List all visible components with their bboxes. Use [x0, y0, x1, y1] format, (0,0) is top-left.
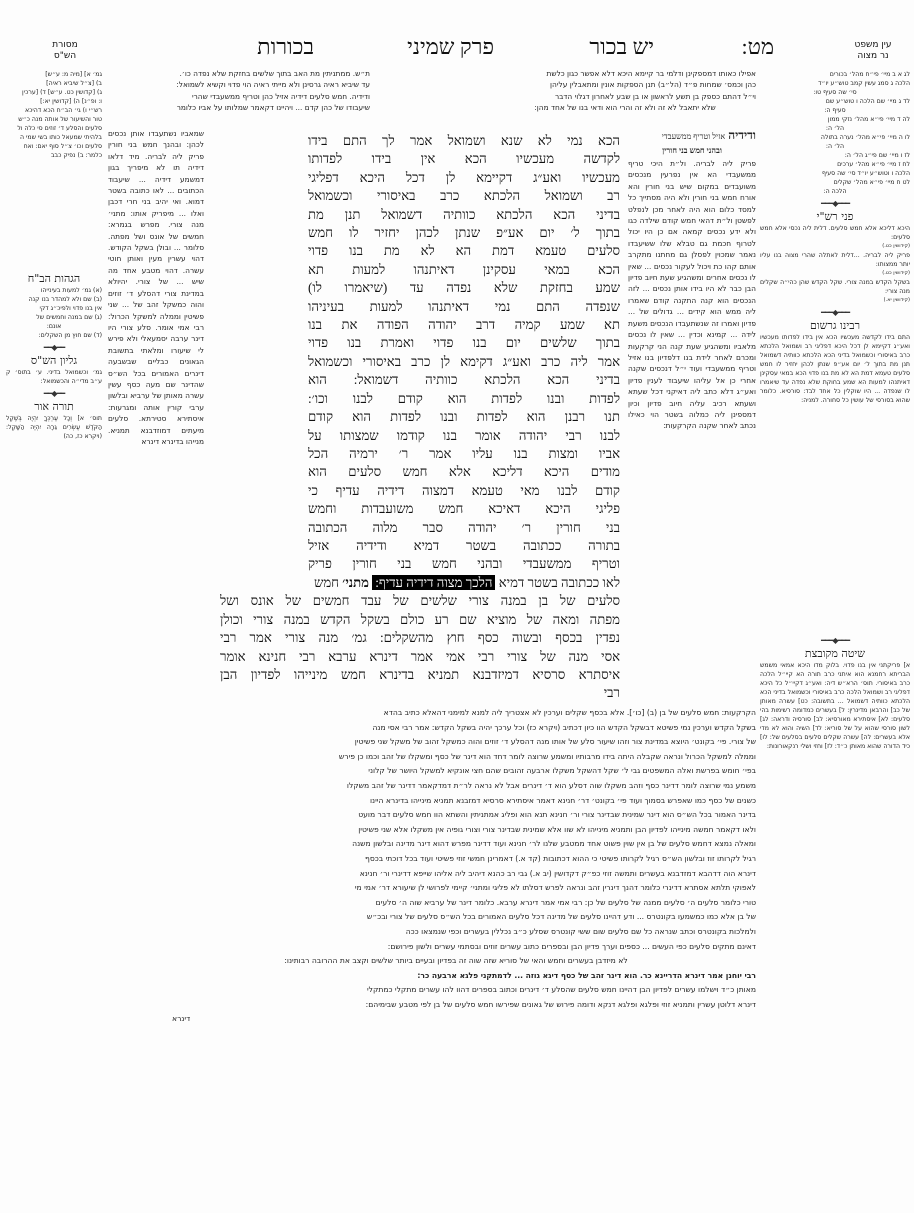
- gemara-line: סלעים של בן במנה צורי שלשים של עבד חמשים…: [220, 592, 620, 610]
- rabbeinu-gershom-text: התם בידו לקדשה מעכשיו הכא אין בידו לפדות…: [760, 333, 910, 633]
- rashi-dibur-hamatchil: ודידיה אזיל וטריף ממשעבדי ובהני חמש בני …: [628, 128, 756, 158]
- ein-mishpat-title: עין משפט נר מצוה: [838, 40, 908, 62]
- hagahot-line: (ד) שם חוץ מן השקלים:: [6, 331, 102, 340]
- tosafot-bottom-line: דינרא הוה דדהבא דמזדבנא בעשרים ותמשה זוז…: [156, 867, 756, 882]
- ein-mishpat-line: סי׳ שה סעיף טו:: [760, 88, 910, 97]
- pnei-rashi: היכא דליכא אלא חמש סלעים. דלית ליה נכסי …: [760, 224, 910, 305]
- tosafot-line: שיעבודו של כהן קדם ... ויהיינו דקאמר שמל…: [108, 102, 370, 113]
- mishnah-marker: מתני׳: [342, 575, 369, 590]
- masoret-title-line: מסורת: [45, 40, 85, 51]
- ein-mishpat-line: לד ג מיי׳ שם הלכה ו טוש״ע שם: [760, 97, 910, 106]
- masoret-line: סלעים והסלע ד׳ זוזים סי כלה ול: [6, 124, 102, 133]
- page-header: עין משפט נר מצוה מט: יש בכור פרק שמיני ב…: [0, 34, 914, 64]
- ein-mishpat-line: לח ז מיי׳ פי״א מהל׳ ערכים: [760, 160, 910, 169]
- pnei-rashi-source: (קידושין כט.): [760, 242, 910, 251]
- rashi-top: אפילו כאותו דמספקינן ודלמי בר קיימא היכא…: [494, 68, 756, 128]
- ornament-divider: ━━━◆━━━: [760, 199, 910, 208]
- rashi-heading-2: ובהני חמש בני חורין: [628, 144, 756, 158]
- hagahot-line: (ג) שם במנה וחמשים של: [6, 313, 102, 322]
- tosafot-bottom-line: רגיל לקרותו זוז ובלשון הש״ס רגיל לקרותו …: [156, 852, 756, 867]
- gemara-line: בתוך שלשים יום בנו פדוי ואמרת בנו פדוי: [308, 334, 620, 352]
- gemara-line: תא שמע קמיה דרב יהודה הפודה את בנו: [308, 316, 620, 334]
- rashi-body: פריק ליה לבריה. ול״ת היכי טריף ממשעבדי ה…: [628, 158, 756, 432]
- gemara-line: בדיני הכא הלכתא כוותיה דשמואל: הוא: [308, 371, 620, 389]
- ein-mishpat-line: הל׳ ה:: [760, 142, 910, 151]
- tosafot-column: שמאביו נשתעבדו אותן נכסים לכהן: ובהנך חמ…: [108, 128, 204, 573]
- hagahot-line: (א) גמ׳ למעות בעינייהו: [6, 286, 102, 295]
- highlighted-phrase[interactable]: הלכך מצוה דידיה עדיף:: [372, 575, 495, 590]
- tosafot-bottom: הקרקעות: חמש סלעים של בן (ב) [כו׳]. אלא …: [156, 706, 756, 1076]
- rashi-column-continued: [628, 574, 756, 704]
- gemara-line: הכא נמי לא שנא ושמואל אמר לך התם בידו: [308, 132, 620, 150]
- perek-label: פרק שמיני: [407, 34, 494, 60]
- right-margin-column: לג א ב מיי׳ פי״ח מהל׳ בכורים הלכה ג סמג …: [760, 70, 910, 1060]
- hagahot-habach-title: הגהות הב"ח: [6, 274, 102, 283]
- gemara-line: בדיני הכא הלכתא כוותיה דשמואל תנן מת: [308, 206, 620, 224]
- rashi-heading: ודידיה: [728, 128, 756, 142]
- torah-or-title: תורה אור: [6, 402, 102, 411]
- torah-or-text: תוס׳ א] וְכָל עֶרְכְּךָ יִהְיֶה בְּשֶׁקֶ…: [6, 414, 102, 441]
- ornament-divider: ━━◆━━: [6, 343, 102, 352]
- ein-mishpat-line: סעיף ה:: [760, 106, 910, 115]
- shita-mekubetzet-text: א] פריקתני אין בנו פדוי. בלוק מדו היכא א…: [760, 661, 910, 1041]
- tosafot-line: ודידיה. חמש סלעים דידיה אזיל כהן וטריף מ…: [108, 91, 370, 102]
- masoret-line: בלהיתי שמעאל כותו בשי שמי ה: [6, 133, 102, 142]
- pnei-rashi-entry: פריק ליה לבריה. ...דלית לאתלה שהרי מצוה …: [760, 251, 910, 269]
- rashi-heading-cont: אזיל וטריף ממשעבדי: [662, 132, 725, 141]
- hagahot-line: (ב) שם ולא למהדר בנו קנה: [6, 295, 102, 304]
- ein-mishpat-line: לו ה מיי׳ פי״א מהל׳ נערה בתולה: [760, 133, 910, 142]
- pnei-rashi-source: (קידושין יא.): [760, 296, 910, 305]
- ner-mitzvah-title-line: נר מצוה: [838, 51, 908, 62]
- talmud-page: עין משפט נר מצוה מט: יש בכור פרק שמיני ב…: [0, 0, 914, 1213]
- gemara-line: אביו ומצות בנו עליו אמר ר׳ ירמיה הכל: [308, 445, 620, 463]
- ein-mishpat-line: לג א ב מיי׳ פי״ח מהל׳ בכורים: [760, 70, 910, 79]
- gemara-text: לאו ככתובה בשטר דמיא: [499, 575, 620, 590]
- gemara-line: מעכשיו ואע״ג דקיימא לן דכל היכא דפליגי: [308, 169, 620, 187]
- gemara-line: וטריף ממשעבדי ובהני חמש בני חורין פריק: [308, 555, 620, 572]
- ein-mishpat-line: לז ו מיי׳ שם פי״ג הל׳ ה:: [760, 151, 910, 160]
- tosafot-bottom-line: של צורי. פי׳ בקונט׳ היוצא במדינת צור וזה…: [156, 735, 756, 750]
- gemara-line: איסתרא סרסיא דמיזדבנא תמניא בדינרא חמש מ…: [220, 666, 620, 684]
- tosafot-bottom-line: טורי כלומר סלעים ה׳ סלעים ממנה של סלעים …: [156, 896, 756, 911]
- tosafot-body: שמאביו נשתעבדו אותן נכסים לכהן: ובהנך חמ…: [108, 128, 204, 447]
- masoret-line: טור והשיעור של אותה מנה כ״ש: [6, 115, 102, 124]
- tosafot-bottom-line: דאינם מתקים סלעים כפי העשים ... כספים וע…: [156, 940, 756, 955]
- masoret-line: ג) [קדושין כט. ע״ש] ד) [ערכין: [6, 88, 102, 97]
- tosafot-bottom-line: ומאלה נמצא דחמש סלעים של בן אין שוין פשו…: [156, 837, 756, 852]
- tosafot-bottom-line: משמע נמי שרוצה לומר דדינר כסף וזהב משקלו…: [156, 779, 756, 794]
- ornament-divider: ━━━◆━━━: [760, 636, 910, 645]
- ornament-divider: ━━━◆━━━: [760, 308, 910, 317]
- gemara-highlight-line: לאו ככתובה בשטר דמיא הלכך מצוה דידיה עדי…: [220, 574, 620, 592]
- ein-mishpat-title-line: עין משפט: [838, 40, 908, 51]
- tosafot-top: ת״ש. ממתניתין מת האב בתוך שלשים בחזקת של…: [108, 68, 370, 128]
- gemara-line: נפדין בכסף ובשוה כסף חוץ מהשקלים: גמ׳ מנ…: [220, 629, 620, 647]
- masoret-hashas-title: מסורת הש"ס: [45, 40, 85, 62]
- pnei-rashi-entry: היכא דליכא אלא חמש סלעים. דלית ליה נכסי …: [760, 224, 910, 242]
- hagahot-habach: (א) גמ׳ למעות בעינייהו (ב) שם ולא למהדר …: [6, 286, 102, 340]
- gemara-line: שמע בחזקת שלא נפדה עד (שיאמרו לו): [308, 279, 620, 297]
- tosafot-bottom-line: בשקל הקדש וערכין נמי פשיטא דבשקל הקדש הו…: [156, 721, 756, 736]
- tosafot-line: ת״ש. ממתניתין מת האב בתוך שלשים בחזקת של…: [108, 68, 370, 79]
- masoret-line: ב) [צ״ל שיביא ראיה]: [6, 79, 102, 88]
- ein-mishpat-line: הלכה ה:: [760, 187, 910, 196]
- masoret-line: כלמר: ב) נפיק כבב: [6, 151, 102, 160]
- gemara-line: שנפדה התם נמי דאיתנהו למעות בעיניהו: [308, 298, 620, 316]
- tractate-name: בכורות: [257, 34, 314, 60]
- ein-mishpat-line: הלכה ג סמג עשין קמב טוש״ע יו״ד: [760, 79, 910, 88]
- daf-number: מט:: [742, 34, 774, 60]
- gemara-line: פליגי היכא דאיכא חמש משועבדות וחמש: [308, 500, 620, 518]
- gemara-line: קודם לבנו מאי טעמא דמצוה דידיה עדיף כי: [308, 482, 620, 500]
- tosafot-bottom-line: כשנים של כסף כמו שאפרש בסמוך ועוד פי׳ בק…: [156, 794, 756, 809]
- masoret-line: ו: ופ״נ] ה) [קדושין יא:]: [6, 97, 102, 106]
- pnei-rashi-source: (קידושין כט.): [760, 269, 910, 278]
- gemara-line: בתוך ל׳ יום אע״פ שנתן לכהן יחזיר לו חמש: [308, 224, 620, 242]
- rashi-line: כהן וכמס׳ שמחות פ״ד (הל״ב) תנן הספקות או…: [494, 79, 756, 90]
- gemara-line: רב ושמואל הלכתא כרב באיסורי וכשמואל: [308, 187, 620, 205]
- masoret-hashas: גמ׳ א] [מיה מ: ע״ש] ב) [צ״ל שיביא ראיה] …: [6, 70, 102, 160]
- gemara-text: חמש: [314, 575, 339, 590]
- gemara-line: סלעים טעמא דמת הא לא מת בנו פדוי: [308, 242, 620, 260]
- chapter-name: יש בכור: [589, 34, 654, 60]
- tosafot-bottom-line: של בן אלא כמו כמשמעו בקונטרס ... ודע דהי…: [156, 910, 756, 925]
- hagahot-line: אין בנו פדוי ולפיכ״ג דקי: [6, 304, 102, 313]
- masoret-line: רש״י ו) גי׳ הב״ח הכא דהיכא: [6, 106, 102, 115]
- tosafot-bottom-line: דינרא דלוטן עשרין ותמניא זוזי ופלגא ופלג…: [156, 998, 756, 1013]
- tosafot-bottom-line: דינרא: [156, 1012, 756, 1027]
- ein-mishpat-line: הלכה ו וטוש״ע יו״ד סי׳ שה סעיף: [760, 169, 910, 178]
- left-margin-column: גמ׳ א] [מיה מ: ע״ש] ב) [צ״ל שיביא ראיה] …: [6, 70, 102, 470]
- gemara-line: רבי: [220, 684, 620, 702]
- gemara-wide: לאו ככתובה בשטר דמיא הלכך מצוה דידיה עדי…: [220, 574, 620, 714]
- ein-mishpat-line: לה ד מיי׳ פי״א מהל׳ נזקי ממון: [760, 115, 910, 124]
- tosafot-bottom-line: ולמלכות בקונטרס וכתב שנראה כל שם סלעים ש…: [156, 925, 756, 940]
- gemara-line: לבנו רבי יהודה אומר בנו קודמו שמצותו על: [308, 427, 620, 445]
- masoret-line: גמ׳ א] [מיה מ: ע״ש]: [6, 70, 102, 79]
- gemara-line: בתורה ככתובה בשטר דמיא ודידיה אזיל: [308, 537, 620, 555]
- rabbeinu-gershom-title: רבינו גרשום: [760, 321, 910, 330]
- gemara-main: הכא נמי לא שנא ושמואל אמר לך התם בידו לק…: [308, 132, 620, 572]
- tosafot-bottom-line: ולאו דקאמר חמשה מינייהו לפדיון הבן ותמני…: [156, 823, 756, 838]
- tosafot-bottom-line: בפי׳ חומש בפרשת ואלה המשפטים גבי ל׳ שקל …: [156, 764, 756, 779]
- rashi-line: שלא יתאבל לא זה ולא זה והרי הוא ודאי בנו…: [494, 102, 756, 113]
- tosafot-bottom-line: הקרקעות: חמש סלעים של בן (ב) [כו׳]. אלא …: [156, 706, 756, 721]
- gemara-line: מפתה ומאה של מוציא שם רע כולם בשקל הקדש …: [220, 611, 620, 629]
- tosafot-bottom-line: וממלה למשקל הכרול ונראה שקבלה היתה בידו …: [156, 750, 756, 765]
- masoret-line: סלעים וכו׳ צ״ל סוף יאם: ואח: [6, 142, 102, 151]
- ein-mishpat-line: הל׳ ה:: [760, 124, 910, 133]
- gemara-line: לפדות ובנו לפדות הוא קודם לבנו וכו׳:: [308, 390, 620, 408]
- pnei-rashi-title: פני רש"י: [760, 212, 910, 221]
- gilyon-hashas-text: גמ׳ וכשמואל בדיני. ע׳ בתוס׳ ק ע״ב מדי״ה …: [6, 368, 102, 386]
- ein-mishpat-line: לט ח מיי׳ פי״א מהל׳ שקלים: [760, 178, 910, 187]
- gemara-line: אמר ליה כרב ואע״ג דקימא לן כרב באיסורי ו…: [308, 353, 620, 371]
- tosafot-bottom-line: בדינר האמור בכל הש״ס הוא דינר שמינית שבד…: [156, 808, 756, 823]
- tosafot-bottom-line: לאפוקי תלתא אסתרא דדינרי כלומר דהנך דינר…: [156, 881, 756, 896]
- tosafot-bottom-line: לא מיזדבן בעשרים וחמש והאי של סוריא שזה …: [156, 954, 756, 969]
- gilyon-hashas-title: גליון הש"ס: [6, 356, 102, 365]
- shita-mekubetzet-title: שיטה מקובצת: [760, 649, 910, 658]
- gemara-line: בני חורין ר׳ יהודה סבר מלוה הכתובה: [308, 519, 620, 537]
- gemara-line: אסי מנה של צורי רבי אמי אמר דינרא ערבא ר…: [220, 648, 620, 666]
- gemara-line: תנו רבנן הוא לפדות ובנו לפדות הוא קודם: [308, 408, 620, 426]
- rashi-line: אפילו כאותו דמספקינן ודלמי בר קיימא היכא…: [494, 68, 756, 79]
- gemara-line: לקדשה מעכשיו הכא אין בידו לפדותו: [308, 150, 620, 168]
- gemara-line: הכא במאי עסקינן דאיתנהו למעות תא: [308, 261, 620, 279]
- ein-mishpat: לג א ב מיי׳ פי״ח מהל׳ בכורים הלכה ג סמג …: [760, 70, 910, 196]
- pnei-rashi-entry: בשקל הקדש במנה צורי. שקל הקדש שהן כהי״ה …: [760, 278, 910, 296]
- hagahot-line: אונם:: [6, 322, 102, 331]
- tosafot-bottom-line: מאותן כ״ד וישלמו עשרים לפדיון הבן דהיינו…: [156, 983, 756, 998]
- tosafot-line: עד שיביא ראיה גרסינן ולא מייתי ראיה הוי …: [108, 79, 370, 90]
- ornament-divider: ━━◆━━: [6, 389, 102, 398]
- hashas-title-line: הש"ס: [45, 51, 85, 62]
- rashi-line: וי״ל דהתם כספק בן תשע לראשון או בן שבע ל…: [494, 91, 756, 102]
- tosafot-bottom-dibur: רבי יוחנן אמר דינרא הדריינא כר. הוא דינר…: [156, 969, 756, 984]
- gemara-line: מודים היכא דליכא אלא חמש סלעים הוא: [308, 463, 620, 481]
